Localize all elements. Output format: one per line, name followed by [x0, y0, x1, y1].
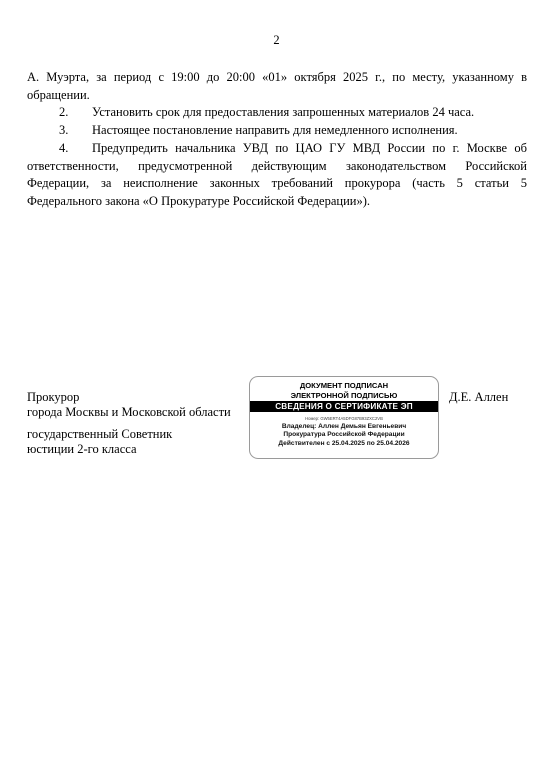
list-item-number: 4.: [59, 140, 92, 158]
signatory-block: Прокурор города Москвы и Московской обла…: [27, 390, 231, 457]
list-item-text: Установить срок для предоставления запро…: [92, 105, 474, 119]
list-item-number: 3.: [59, 122, 92, 140]
paragraph-continuation: А. Муэрта, за период с 19:00 до 20:00 «0…: [27, 69, 527, 104]
stamp-organization: Прокуратура Российской Федерации: [250, 431, 438, 439]
list-item-text: Настоящее постановление направить для не…: [92, 123, 458, 137]
list-item: 4.Предупредить начальника УВД по ЦАО ГУ …: [27, 140, 527, 211]
stamp-certificate-bar: СВЕДЕНИЯ О СЕРТИФИКАТЕ ЭП: [250, 401, 438, 412]
signatory-rank-class: юстиции 2-го класса: [27, 442, 231, 457]
list-item-text: Предупредить начальника УВД по ЦАО ГУ МВ…: [27, 141, 527, 208]
signatory-position-region: города Москвы и Московской области: [27, 405, 231, 420]
electronic-signature-stamp: ДОКУМЕНТ ПОДПИСАН ЭЛЕКТРОННОЙ ПОДПИСЬЮ С…: [249, 376, 439, 459]
stamp-header-line2: ЭЛЕКТРОННОЙ ПОДПИСЬЮ: [250, 391, 438, 401]
list-item-number: 2.: [59, 104, 92, 122]
signatory-position: Прокурор: [27, 390, 231, 405]
stamp-serial-number: Номер: GW5ERT4A5DFG87B93ZXC2VB: [250, 415, 438, 422]
page-number: 2: [0, 33, 553, 48]
signer-name: Д.Е. Аллен: [449, 390, 508, 405]
stamp-header: ДОКУМЕНТ ПОДПИСАН ЭЛЕКТРОННОЙ ПОДПИСЬЮ: [250, 381, 438, 400]
stamp-details: Владелец: Аллен Демьян Евгеньевич Прокур…: [250, 423, 438, 448]
stamp-validity: Действителен с 25.04.2025 по 25.04.2026: [250, 440, 438, 448]
list-item: 2.Установить срок для предоставления зап…: [27, 104, 527, 122]
stamp-header-line1: ДОКУМЕНТ ПОДПИСАН: [250, 381, 438, 391]
document-body: А. Муэрта, за период с 19:00 до 20:00 «0…: [27, 69, 527, 211]
signatory-rank: государственный Советник: [27, 427, 231, 442]
list-item: 3.Настоящее постановление направить для …: [27, 122, 527, 140]
